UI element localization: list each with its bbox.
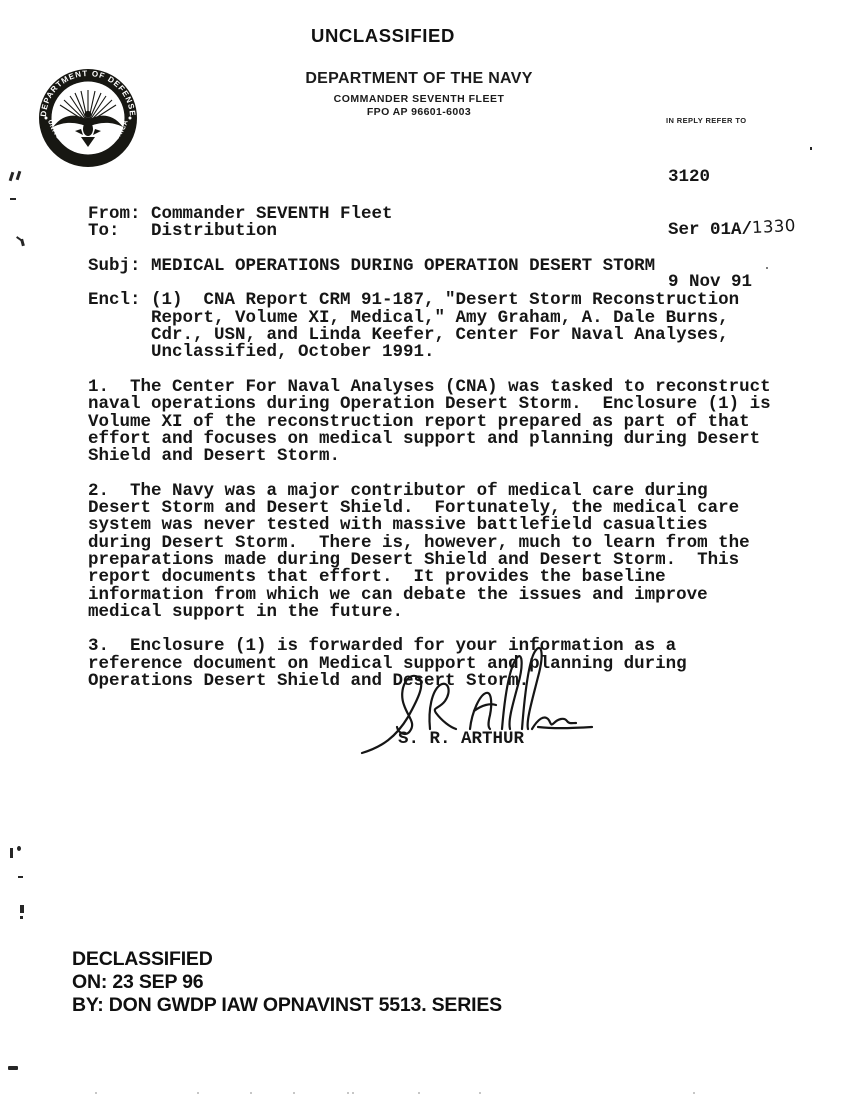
letterhead-command: COMMANDER SEVENTH FLEET <box>0 93 844 105</box>
scan-speck <box>8 1066 18 1070</box>
declass-line-1: DECLASSIFIED <box>72 948 502 971</box>
scan-speck <box>10 848 13 858</box>
classification-header: UNCLASSIFIED <box>311 25 455 47</box>
scan-speck <box>197 1092 199 1094</box>
paragraph-2: 2. The Navy was a major contributor of m… <box>88 483 771 621</box>
scan-speck <box>418 1092 420 1094</box>
scan-speck <box>810 147 812 150</box>
scan-speck <box>20 239 25 247</box>
scan-speck <box>250 1092 252 1094</box>
declassification-stamp: DECLASSIFIED ON: 23 SEP 96 BY: DON GWDP … <box>72 948 502 1017</box>
scan-speck <box>17 846 21 851</box>
letterhead: DEPARTMENT OF THE NAVY COMMANDER SEVENTH… <box>0 70 844 118</box>
scan-speck <box>20 916 23 919</box>
scan-speck <box>293 1092 295 1094</box>
signer-name: S. R. ARTHUR <box>398 731 524 748</box>
scan-speck <box>18 876 23 878</box>
letterhead-department: DEPARTMENT OF THE NAVY <box>0 70 844 88</box>
scan-speck <box>9 172 15 181</box>
in-reply-refer-label: IN REPLY REFER TO <box>666 116 746 125</box>
ref-ssic: 3120 <box>668 169 796 186</box>
scan-speck <box>95 1092 97 1094</box>
declass-line-2: ON: 23 SEP 96 <box>72 971 502 994</box>
scan-speck <box>347 1092 349 1094</box>
scan-speck <box>20 905 24 913</box>
scan-speck <box>693 1092 695 1094</box>
scan-speck <box>766 267 768 269</box>
scan-speck <box>10 198 16 200</box>
scanned-letter-page: UNCLASSIFIED DEPARTMENT OF DEFENSE UNITE… <box>0 0 850 1107</box>
letter-body: From: Commander SEVENTH Fleet To: Distri… <box>88 206 771 690</box>
declass-line-3: BY: DON GWDP IAW OPNAVINST 5513. SERIES <box>72 994 502 1017</box>
scan-speck <box>16 171 22 180</box>
paragraph-1: 1. The Center For Naval Analyses (CNA) w… <box>88 379 771 465</box>
to-line: To: Distribution <box>88 223 771 240</box>
enclosure-block: Encl: (1) CNA Report CRM 91-187, "Desert… <box>88 292 771 361</box>
scan-speck <box>352 1092 354 1094</box>
scan-speck <box>479 1092 481 1094</box>
subject-line: Subj: MEDICAL OPERATIONS DURING OPERATIO… <box>88 258 771 275</box>
